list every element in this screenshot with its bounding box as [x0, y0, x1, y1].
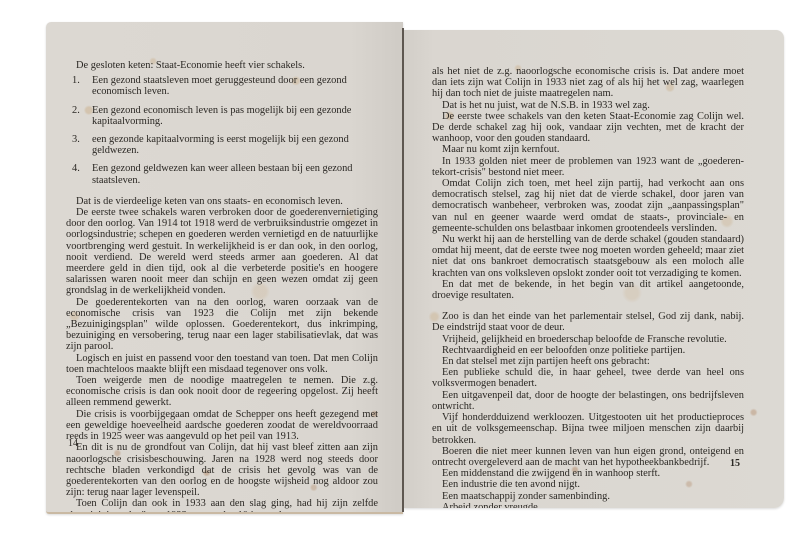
section-gap: [432, 301, 744, 311]
paragraph: En dat met de bekende, in het begin van …: [432, 279, 744, 301]
paragraph: Maar nu komt zijn kernfout.: [432, 144, 744, 155]
list-line: Arbeid zonder vreugde.: [432, 502, 744, 508]
chain-item: 3.een gezonde kapitaalvorming is eerst m…: [66, 134, 378, 156]
left-page-text: De gesloten keten: Staat-Economie heeft …: [66, 60, 378, 514]
chain-list: 1.Een gezond staatsleven moet geruggeste…: [66, 75, 378, 186]
paragraph: Dat is het nu juist, wat de N.S.B. in 19…: [432, 100, 744, 111]
page-number-left: 14: [68, 438, 78, 449]
chain-item-text: Een gezond staatsleven moet geruggesteun…: [92, 75, 378, 97]
paragraph: Rechtvaardigheid en eer beloofden onze p…: [432, 345, 744, 356]
paragraph: Logisch en juist en passend voor den toe…: [66, 353, 378, 375]
paragraph: De goederentekorten van na den oorlog, w…: [66, 297, 378, 353]
paragraph: Vijf honderdduizend werkloozen. Uitgesto…: [432, 412, 744, 446]
page-number-right: 15: [730, 458, 740, 469]
chain-item-text: Een gezond economisch leven is pas mogel…: [92, 105, 378, 127]
paragraph: Omdat Colijn zich toen, met heel zijn pa…: [432, 178, 744, 234]
right-page-text: als het niet de z.g. naoorlogsche econom…: [432, 66, 744, 508]
paragraph: Die crisis is voorbijgegaan omdat de Sch…: [66, 409, 378, 443]
chain-item-number: 3.: [72, 134, 92, 156]
chain-item-text: Een gezond geldwezen kan weer alleen bes…: [92, 163, 378, 185]
left-page: De gesloten keten: Staat-Economie heeft …: [46, 22, 403, 514]
paragraph: De eerste twee schakels van den keten St…: [432, 111, 744, 145]
paragraph: Een uitgavenpeil dat, door de hoogte der…: [432, 390, 744, 412]
paragraph: Vrijheid, gelijkheid en broederschap bel…: [432, 334, 744, 345]
paragraph: Toen Colijn dan ook in 1933 aan den slag…: [66, 498, 378, 514]
list-line: Een middenstand die zwijgend en in wanho…: [432, 468, 744, 479]
chain-intro: De gesloten keten: Staat-Economie heeft …: [66, 60, 378, 71]
paragraph: als het niet de z.g. naoorlogsche econom…: [432, 66, 744, 100]
paragraph: En dat stelsel met zijn partijen heeft o…: [432, 356, 744, 367]
paragraph: Boeren die niet meer kunnen leven van hu…: [432, 446, 744, 468]
paragraph: In 1933 golden niet meer de problemen va…: [432, 156, 744, 178]
closing-section: Zoo is dan het einde van het parlementai…: [432, 311, 744, 508]
open-booklet: De gesloten keten: Staat-Economie heeft …: [0, 0, 800, 541]
book-spine: [402, 28, 404, 512]
right-page: als het niet de z.g. naoorlogsche econom…: [404, 30, 784, 508]
paragraph: Toen weigerde men de noodige maatregelen…: [66, 375, 378, 409]
chain-item: 4.Een gezond geldwezen kan weer alleen b…: [66, 163, 378, 185]
list-line: Een industrie die ten avond nijgt.: [432, 479, 744, 490]
chain-item-number: 4.: [72, 163, 92, 185]
chain-item: 2.Een gezond economisch leven is pas mog…: [66, 105, 378, 127]
paragraph: Nu werkt hij aan de herstelling van de d…: [432, 234, 744, 279]
chain-item-number: 1.: [72, 75, 92, 97]
chain-item: 1.Een gezond staatsleven moet geruggeste…: [66, 75, 378, 97]
paragraph: Een publieke schuld die, in haar geheel,…: [432, 367, 744, 389]
chain-item-number: 2.: [72, 105, 92, 127]
paragraph: Zoo is dan het einde van het parlementai…: [432, 311, 744, 333]
chain-item-text: een gezonde kapitaalvorming is eerst mog…: [92, 134, 378, 156]
paragraph: Dat is de vierdeelige keten van ons staa…: [66, 196, 378, 207]
paragraph: De eerste twee schakels waren verbroken …: [66, 207, 378, 297]
list-line: Een maatschappij zonder samenbinding.: [432, 491, 744, 502]
paragraph: En dit is nu de grondfout van Colijn, da…: [66, 442, 378, 498]
